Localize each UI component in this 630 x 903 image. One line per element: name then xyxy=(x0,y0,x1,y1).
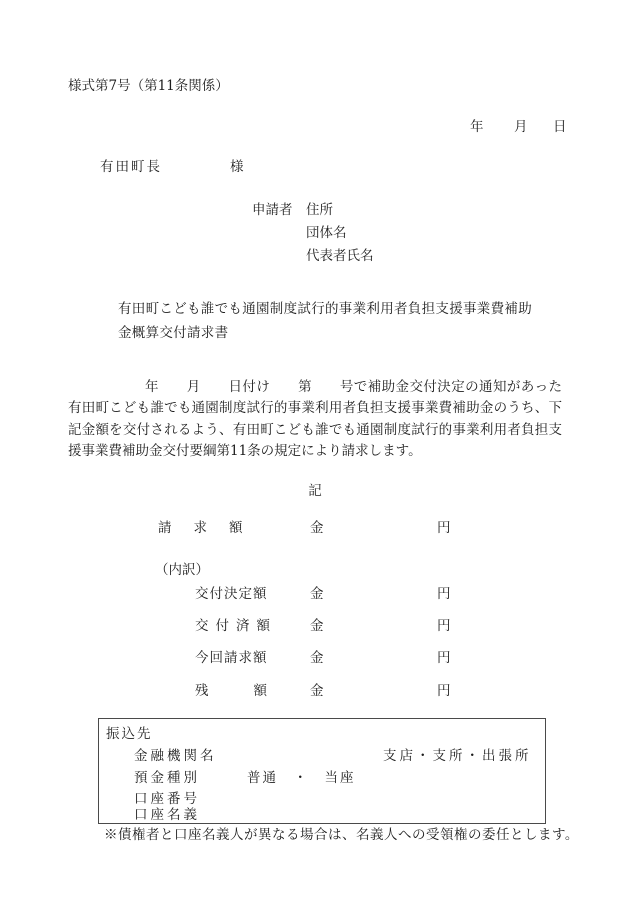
claim-amount-prefix: 金 xyxy=(310,520,324,536)
applicant-representative-label: 代表者氏名 xyxy=(306,248,374,264)
applicant-label: 申請者 xyxy=(252,202,293,218)
form-number: 様式第7号（第11条関係） xyxy=(68,78,229,94)
breakdown-decided-suffix: 円 xyxy=(437,586,451,602)
date-day-label: 日 xyxy=(553,119,567,135)
breakdown-balance-label: 残額 xyxy=(195,683,312,699)
delegation-note: ※債権者と口座名義人が異なる場合は、名義人への受領権の委任とします。 xyxy=(104,827,579,843)
date-year-label: 年 xyxy=(470,119,484,135)
document-title-line1: 有田町こども誰でも通園制度試行的事業利用者負担支援事業費補助 xyxy=(118,301,532,317)
breakdown-balance-prefix: 金 xyxy=(310,683,324,699)
breakdown-current-claim-label: 今回請求額 xyxy=(195,650,268,666)
bank-account-number-label: 口座番号 xyxy=(134,791,200,807)
addressee-honorific: 様 xyxy=(230,159,244,175)
breakdown-decided-prefix: 金 xyxy=(310,586,324,602)
claim-amount-label: 請求額 xyxy=(158,520,265,536)
bank-institution-label: 金融機関名 xyxy=(134,748,217,764)
bank-transfer-box: 振込先 金融機関名 支店・支所・出張所 預金種別 普通 ・ 当座 口座番号 口座… xyxy=(98,718,546,824)
document-page: 様式第7号（第11条関係） 年 月 日 有田町長 様 申請者 住所 団体名 代表… xyxy=(0,0,630,903)
breakdown-decided-label: 交付決定額 xyxy=(195,586,268,602)
bank-account-holder-label: 口座名義 xyxy=(134,807,200,823)
breakdown-current-claim-prefix: 金 xyxy=(310,650,324,666)
body-paragraph: 年 月 日付け 第 号で補助金交付決定の通知があった有田町こども誰でも通園制度試… xyxy=(68,377,562,463)
bank-account-type-options: 普通 ・ 当座 xyxy=(247,770,356,786)
breakdown-paid-label: 交付済額 xyxy=(195,618,277,634)
bank-account-type-label: 預金種別 xyxy=(134,770,200,786)
claim-amount-suffix: 円 xyxy=(437,520,451,536)
breakdown-paid-suffix: 円 xyxy=(437,618,451,634)
bank-box-title: 振込先 xyxy=(106,726,153,742)
addressee-name: 有田町長 xyxy=(100,159,162,175)
breakdown-balance-suffix: 円 xyxy=(437,683,451,699)
breakdown-paid-prefix: 金 xyxy=(310,618,324,634)
applicant-organization-label: 団体名 xyxy=(306,225,347,241)
breakdown-label: （内訳） xyxy=(155,562,209,578)
date-month-label: 月 xyxy=(514,119,528,135)
bank-branch-label: 支店・支所・出張所 xyxy=(383,748,532,764)
applicant-address-label: 住所 xyxy=(306,202,333,218)
breakdown-current-claim-suffix: 円 xyxy=(437,650,451,666)
document-title-line2: 金概算交付請求書 xyxy=(118,325,228,341)
record-heading: 記 xyxy=(68,483,562,499)
